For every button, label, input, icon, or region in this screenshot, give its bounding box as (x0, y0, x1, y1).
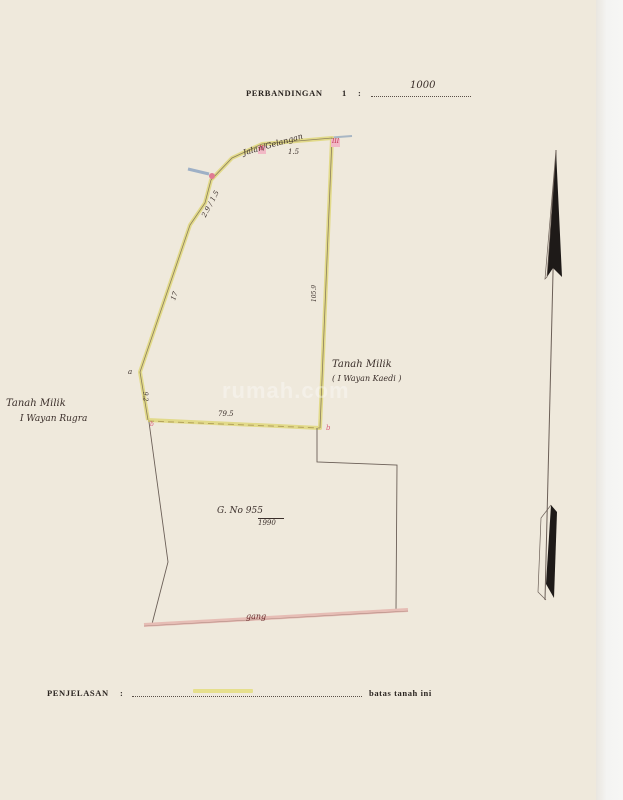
plot-reference-number: G. No 955 (217, 506, 263, 516)
west-neighbor-line1: Tanah Milik (6, 398, 66, 409)
legend-separator: : (120, 688, 123, 698)
marker-ii-label: II (259, 145, 264, 152)
marker-left-label: b (150, 421, 154, 428)
road-stub-nw (188, 169, 209, 174)
corner-a-label: a (128, 368, 132, 376)
east-edge-length: 105.9 (311, 285, 318, 302)
west-neighbor-line2: I Wayan Rugra (20, 414, 87, 424)
marker-nw-dot (209, 173, 215, 179)
bottom-road-label: gang (246, 612, 266, 621)
legend-label: PENJELASAN (47, 688, 109, 698)
east-neighbor-line1: Tanah Milik (332, 359, 392, 370)
marker-iii-label: III (332, 138, 339, 145)
legend-dotted-line (132, 696, 362, 697)
road-gang-edge (144, 611, 408, 626)
lower-lot-west-line (149, 422, 168, 624)
north-arrow-tail-dark (546, 505, 557, 598)
plot-reference-year: 1990 (258, 519, 276, 527)
legend-boundary-swatch (193, 689, 253, 693)
legend-description: batas tanah ini (369, 688, 432, 698)
watermark: rumah.com (222, 378, 350, 404)
south-edge-length: 79.5 (218, 410, 234, 418)
sw-edge-length: 9.2 (141, 392, 148, 402)
road-gang (144, 610, 408, 625)
corner-b-label: b (326, 424, 330, 432)
top-edge-length: 1.5 (288, 148, 299, 156)
lower-lot-east-line (317, 428, 397, 610)
